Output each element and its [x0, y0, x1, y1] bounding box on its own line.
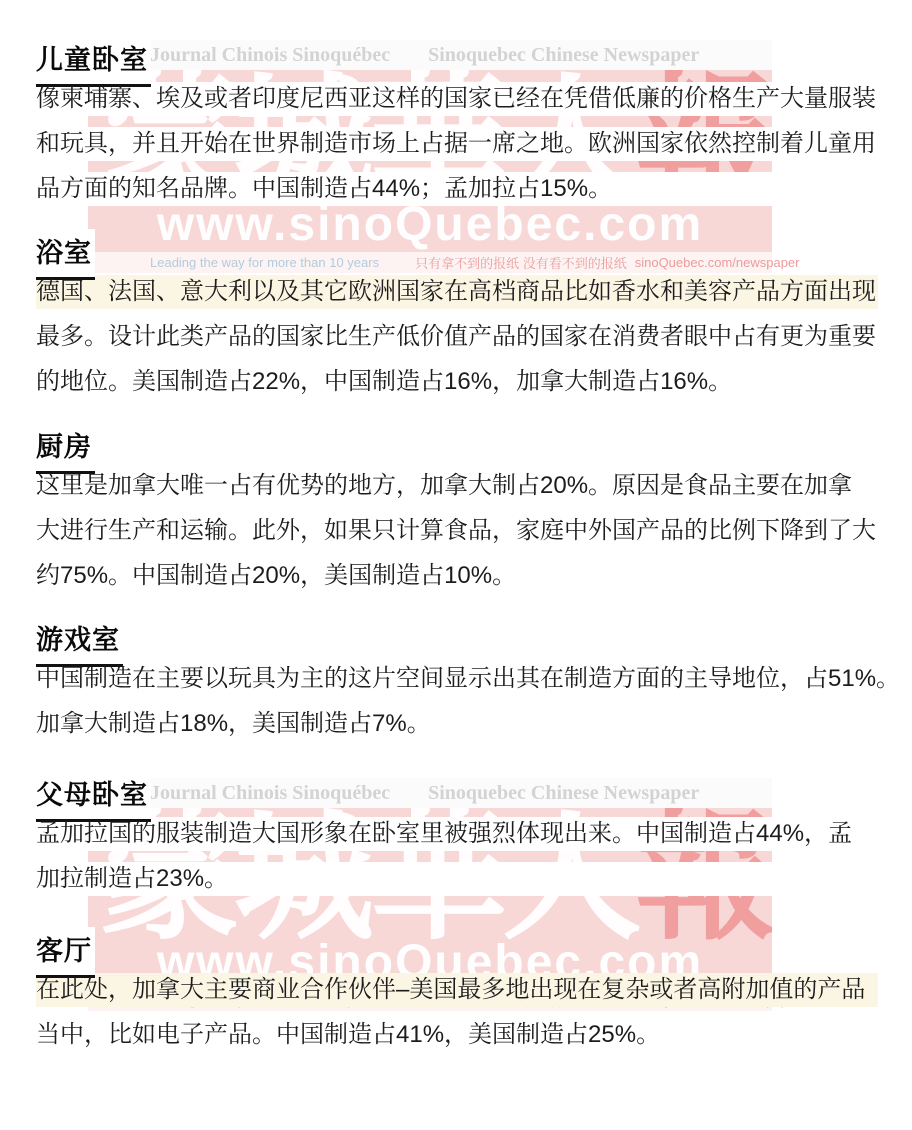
article-section: 游戏室中国制造在主要以玩具为主的这片空间显示出其在制造方面的主导地位，占51%。…: [36, 616, 878, 741]
article-section: 客厅在此处，加拿大主要商业合作伙伴–美国最多地出现在复杂或者高附加值的产品当中，…: [36, 927, 878, 1052]
paragraph-line: 的地位。美国制造占22%，中国制造占16%，加拿大制造占16%。: [36, 365, 878, 399]
article-body: 儿童卧室像柬埔寨、埃及或者印度尼西亚这样的国家已经在凭借低廉的价格生产大量服装和…: [0, 36, 912, 1052]
section-paragraph: 像柬埔寨、埃及或者印度尼西亚这样的国家已经在凭借低廉的价格生产大量服装和玩具，并…: [36, 82, 878, 206]
heading-row: 厨房: [36, 423, 878, 463]
article-section: 父母卧室孟加拉国的服装制造大国形象在卧室里被强烈体现出来。中国制造占44%，孟加…: [36, 771, 878, 896]
section-heading: 父母卧室: [36, 771, 151, 822]
paragraph-line: 当中，比如电子产品。中国制造占41%，美国制造占25%。: [36, 1018, 878, 1052]
heading-row: 浴室: [36, 229, 878, 269]
heading-row: 儿童卧室: [36, 36, 878, 76]
paragraph-line: 大进行生产和运输。此外，如果只计算食品，家庭中外国产品的比例下降到了大: [36, 514, 878, 548]
section-heading: 浴室: [36, 229, 95, 280]
paragraph-line: 中国制造在主要以玩具为主的这片空间显示出其在制造方面的主导地位，占51%。: [36, 662, 878, 696]
paragraph-line: 这里是加拿大唯一占有优势的地方，加拿大制占20%。原因是食品主要在加拿: [36, 469, 878, 503]
paragraph-line: 和玩具，并且开始在世界制造市场上占据一席之地。欧洲国家依然控制着儿童用: [36, 127, 878, 161]
paragraph-line: 德国、法国、意大利以及其它欧洲国家在高档商品比如香水和美容产品方面出现: [36, 275, 878, 309]
heading-row: 游戏室: [36, 616, 878, 656]
section-paragraph: 中国制造在主要以玩具为主的这片空间显示出其在制造方面的主导地位，占51%。加拿大…: [36, 662, 878, 741]
paragraph-line: 约75%。中国制造占20%，美国制造占10%。: [36, 559, 878, 593]
section-heading: 客厅: [36, 927, 95, 978]
paragraph-line: 在此处，加拿大主要商业合作伙伴–美国最多地出现在复杂或者高附加值的产品: [36, 973, 878, 1007]
article-section: 儿童卧室像柬埔寨、埃及或者印度尼西亚这样的国家已经在凭借低廉的价格生产大量服装和…: [36, 36, 878, 206]
paragraph-line: 孟加拉国的服装制造大国形象在卧室里被强烈体现出来。中国制造占44%，孟: [36, 817, 878, 851]
article-section: 厨房这里是加拿大唯一占有优势的地方，加拿大制占20%。原因是食品主要在加拿大进行…: [36, 423, 878, 593]
heading-row: 父母卧室: [36, 771, 878, 811]
section-heading: 儿童卧室: [36, 36, 151, 87]
section-paragraph: 孟加拉国的服装制造大国形象在卧室里被强烈体现出来。中国制造占44%，孟加拉制造占…: [36, 817, 878, 896]
article-section: 浴室德国、法国、意大利以及其它欧洲国家在高档商品比如香水和美容产品方面出现最多。…: [36, 229, 878, 399]
paragraph-line: 加拿大制造占18%，美国制造占7%。: [36, 707, 878, 741]
paragraph-line: 品方面的知名品牌。中国制造占44%；孟加拉占15%。: [36, 172, 878, 206]
paragraph-line: 加拉制造占23%。: [36, 862, 878, 896]
section-heading: 厨房: [36, 423, 95, 474]
section-heading: 游戏室: [36, 616, 123, 667]
section-paragraph: 德国、法国、意大利以及其它欧洲国家在高档商品比如香水和美容产品方面出现最多。设计…: [36, 275, 878, 399]
paragraph-line: 最多。设计此类产品的国家比生产低价值产品的国家在消费者眼中占有更为重要: [36, 320, 878, 354]
section-paragraph: 在此处，加拿大主要商业合作伙伴–美国最多地出现在复杂或者高附加值的产品当中，比如…: [36, 973, 878, 1052]
heading-row: 客厅: [36, 927, 878, 967]
newspaper-page: Journal Chinois Sinoquébec Sinoquebec Ch…: [0, 0, 912, 1130]
section-paragraph: 这里是加拿大唯一占有优势的地方，加拿大制占20%。原因是食品主要在加拿大进行生产…: [36, 469, 878, 593]
paragraph-line: 像柬埔寨、埃及或者印度尼西亚这样的国家已经在凭借低廉的价格生产大量服装: [36, 82, 878, 116]
